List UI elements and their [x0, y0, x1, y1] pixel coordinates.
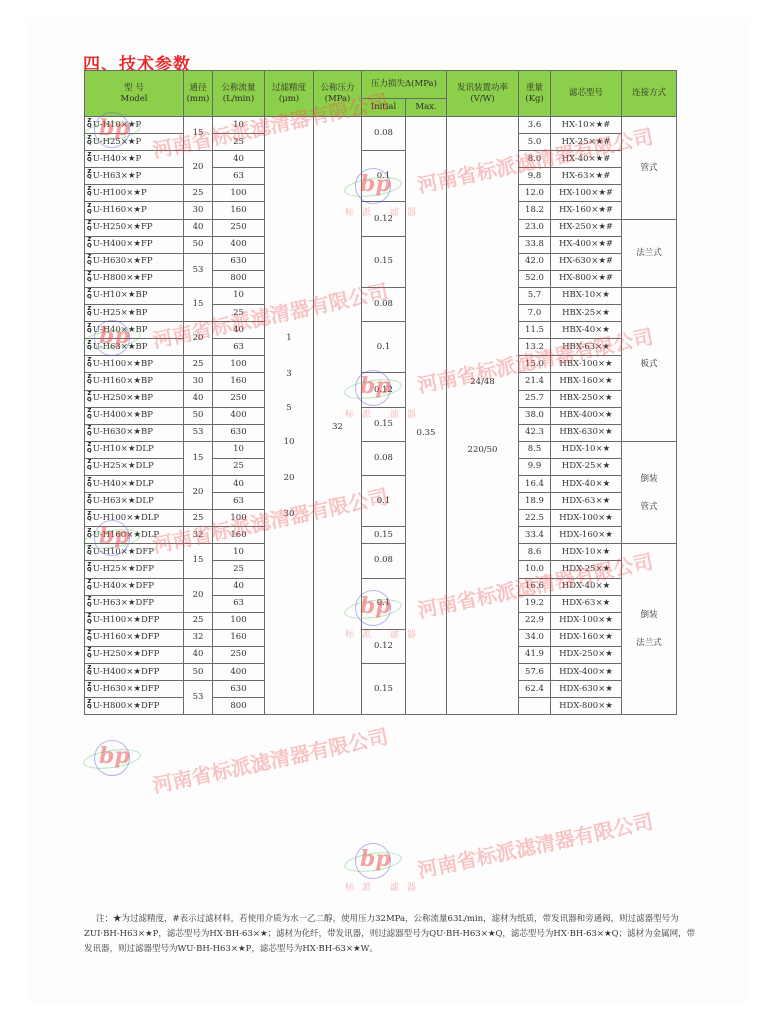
cell-flow: 160	[213, 202, 265, 219]
cell-element-model: HX-800×★#	[551, 270, 622, 287]
header-signal-power: 发讯装置功率(V/W)	[447, 71, 519, 117]
model-prefix: ZQ	[87, 443, 92, 454]
model-name: U-H100×★BP	[93, 359, 153, 369]
table-row: ZQU-H160×★DLP321600.1533.4HDX-160×★	[85, 527, 677, 544]
model-name: U-H400×★FP	[93, 239, 153, 249]
cell-weight: 9.9	[519, 458, 551, 475]
cell-weight: 41.9	[519, 646, 551, 663]
cell-element-model: HDX-25×★	[551, 458, 622, 475]
cell-connection: 倒装法兰式	[622, 544, 677, 715]
cell-diameter: 40	[184, 219, 213, 236]
model-name: U-H10×★DFP	[93, 547, 154, 557]
cell-model: ZQU-H10×★DFP	[85, 544, 184, 561]
precision-value: 3	[265, 368, 313, 381]
table-row: ZQU-H160×★P301600.1218.2HX-160×★#	[85, 202, 677, 219]
nominal-pressure-value: 32	[314, 421, 361, 434]
cell-flow: 25	[213, 561, 265, 578]
model-name: U-H630×★FP	[93, 256, 153, 266]
cell-model: ZQU-H160×★DFP	[85, 629, 184, 646]
header-max: Max.	[406, 99, 447, 117]
cell-model: ZQU-H100×★DFP	[85, 612, 184, 629]
cell-weight: 3.6	[519, 117, 551, 134]
cell-model: ZQU-H160×★BP	[85, 373, 184, 390]
model-prefix: ZQ	[87, 666, 92, 677]
cell-model: ZQU-H250×★BP	[85, 390, 184, 407]
model-name: U-H63×★DFP	[93, 598, 154, 608]
cell-weight: 62.4	[519, 681, 551, 698]
cell-diameter: 25	[184, 510, 213, 527]
cell-element-model: HDX-40×★	[551, 475, 622, 492]
cell-flow: 10	[213, 117, 265, 134]
cell-weight: 57.6	[519, 664, 551, 681]
cell-diameter: 15	[184, 287, 213, 321]
cell-model: ZQU-H25×★DFP	[85, 561, 184, 578]
model-name: U-H400×★DFP	[93, 667, 160, 677]
table-row: ZQU-H40×★P20400.18.0HX-40×★#	[85, 151, 677, 168]
table-row: ZQU-H40×★DFP20400.116.6HDX-40×★	[85, 578, 677, 595]
cell-element-model: HBX-100×★	[551, 356, 622, 373]
cell-model: ZQU-H25×★P	[85, 134, 184, 151]
cell-model: ZQU-H63×★P	[85, 168, 184, 185]
cell-element-model: HBX-25×★	[551, 305, 622, 322]
max-value: 0.35	[406, 427, 446, 440]
cell-flow: 63	[213, 595, 265, 612]
cell-weight: 38.0	[519, 407, 551, 424]
table-row: ZQU-H400×★FP504000.1533.8HX-400×★#	[85, 236, 677, 253]
table-row: ZQU-H160×★BP301600.1221.4HBX-160×★	[85, 373, 677, 390]
model-name: U-H25×★P	[93, 137, 142, 147]
cell-model: ZQU-H25×★BP	[85, 305, 184, 322]
cell-diameter: 15	[184, 117, 213, 151]
cell-element-model: HDX-10×★	[551, 544, 622, 561]
model-name: U-H10×★BP	[93, 290, 148, 300]
model-prefix: ZQ	[87, 614, 92, 625]
cell-weight: 16.6	[519, 578, 551, 595]
cell-flow: 800	[213, 698, 265, 715]
cell-element-model: HDX-400×★	[551, 664, 622, 681]
model-prefix: ZQ	[87, 648, 92, 659]
cell-weight: 22.9	[519, 612, 551, 629]
cell-element-model: HDX-160×★	[551, 629, 622, 646]
precision-value: 1	[265, 332, 313, 345]
model-prefix: ZQ	[87, 324, 92, 335]
table-row: ZQU-H400×★BP504000.1538.0HBX-400×★	[85, 407, 677, 424]
cell-flow: 250	[213, 219, 265, 236]
cell-diameter: 25	[184, 185, 213, 202]
cell-flow: 40	[213, 578, 265, 595]
cell-diameter: 53	[184, 681, 213, 715]
cell-diameter: 20	[184, 578, 213, 612]
model-prefix: ZQ	[87, 700, 92, 711]
cell-model: ZQU-H400×★FP	[85, 236, 184, 253]
signal-power-value: 220/50	[447, 444, 518, 457]
cell-weight	[519, 698, 551, 715]
cell-weight: 18.2	[519, 202, 551, 219]
cell-flow: 160	[213, 373, 265, 390]
cell-model: ZQU-H40×★BP	[85, 322, 184, 339]
cell-flow: 630	[213, 681, 265, 698]
cell-diameter: 20	[184, 475, 213, 509]
model-name: U-H10×★P	[93, 120, 142, 130]
cell-diameter: 53	[184, 253, 213, 287]
cell-element-model: HBX-10×★	[551, 287, 622, 304]
cell-initial: 0.15	[362, 527, 406, 544]
cell-element-model: HDX-800×★	[551, 698, 622, 715]
cell-flow: 63	[213, 493, 265, 510]
cell-weight: 8.6	[519, 544, 551, 561]
cell-element-model: HX-40×★#	[551, 151, 622, 168]
model-name: U-H160×★DFP	[93, 632, 160, 642]
model-name: U-H40×★P	[93, 154, 142, 164]
cell-model: ZQU-H630×★DFP	[85, 681, 184, 698]
precision-value: 10	[265, 436, 313, 449]
table-row: ZQU-H10×★BP15100.085.7HBX-10×★板式	[85, 287, 677, 304]
cell-weight: 15.0	[519, 356, 551, 373]
model-prefix: ZQ	[87, 255, 92, 266]
cell-element-model: HX-63×★#	[551, 168, 622, 185]
cell-element-model: HBX-630×★	[551, 424, 622, 441]
cell-flow: 160	[213, 527, 265, 544]
model-name: U-H160×★DLP	[93, 530, 159, 540]
table-row: ZQU-H160×★DFP321600.1234.0HDX-160×★	[85, 629, 677, 646]
cell-connection: 倒装管式	[622, 441, 677, 544]
cell-flow: 100	[213, 510, 265, 527]
connection-type: 板式	[622, 350, 676, 378]
cell-element-model: HX-250×★#	[551, 219, 622, 236]
cell-signal-power: 24/48220/50	[447, 117, 519, 715]
model-prefix: ZQ	[87, 221, 92, 232]
cell-element-model: HDX-63×★	[551, 595, 622, 612]
model-prefix: ZQ	[87, 358, 92, 369]
cell-weight: 7.0	[519, 305, 551, 322]
header-precision: 过滤精度(μm)	[265, 71, 314, 117]
cell-initial: 0.15	[362, 236, 406, 287]
cell-flow: 100	[213, 612, 265, 629]
cell-diameter: 25	[184, 612, 213, 629]
cell-model: ZQU-H100×★DLP	[85, 510, 184, 527]
cell-diameter: 32	[184, 527, 213, 544]
cell-element-model: HDX-100×★	[551, 612, 622, 629]
cell-diameter: 20	[184, 322, 213, 356]
cell-flow: 400	[213, 236, 265, 253]
cell-flow: 10	[213, 544, 265, 561]
cell-flow: 10	[213, 287, 265, 304]
cell-model: ZQU-H400×★DFP	[85, 664, 184, 681]
cell-weight: 42.0	[519, 253, 551, 270]
cell-flow: 25	[213, 134, 265, 151]
table-row: ZQU-H40×★DLP20400.116.4HDX-40×★	[85, 475, 677, 492]
cell-model: ZQU-H100×★P	[85, 185, 184, 202]
connection-type: 倒装	[622, 601, 676, 629]
model-prefix: ZQ	[87, 529, 92, 540]
model-name: U-H100×★DLP	[93, 513, 159, 523]
cell-model: ZQU-H400×★BP	[85, 407, 184, 424]
cell-element-model: HDX-63×★	[551, 493, 622, 510]
cell-model: ZQU-H63×★DLP	[85, 493, 184, 510]
model-name: U-H100×★DFP	[93, 615, 160, 625]
model-prefix: ZQ	[87, 119, 92, 130]
cell-flow: 400	[213, 407, 265, 424]
cell-model: ZQU-H63×★BP	[85, 339, 184, 356]
cell-max: 0.35	[406, 117, 447, 715]
cell-flow: 250	[213, 646, 265, 663]
cell-weight: 9.8	[519, 168, 551, 185]
cell-initial: 0.12	[362, 202, 406, 236]
cell-connection: 法兰式	[622, 219, 677, 287]
cell-model: ZQU-H800×★FP	[85, 270, 184, 287]
table-row: ZQU-H400×★DFP504000.1557.6HDX-400×★	[85, 664, 677, 681]
cell-initial: 0.08	[362, 441, 406, 475]
model-prefix: ZQ	[87, 153, 92, 164]
cell-weight: 34.0	[519, 629, 551, 646]
cell-element-model: HX-160×★#	[551, 202, 622, 219]
cell-weight: 25.7	[519, 390, 551, 407]
model-prefix: ZQ	[87, 512, 92, 523]
cell-element-model: HDX-160×★	[551, 527, 622, 544]
cell-weight: 11.5	[519, 322, 551, 339]
connection-type: 管式	[622, 154, 676, 182]
model-prefix: ZQ	[87, 341, 92, 352]
connection-type: 倒装	[622, 465, 676, 493]
model-name: U-H63×★BP	[93, 342, 148, 352]
cell-weight: 33.4	[519, 527, 551, 544]
cell-initial: 0.08	[362, 544, 406, 578]
cell-diameter: 30	[184, 202, 213, 219]
cell-connection: 管式	[622, 117, 677, 220]
cell-diameter: 15	[184, 544, 213, 578]
model-name: U-H250×★DFP	[93, 649, 160, 659]
precision-value: 20	[265, 472, 313, 485]
cell-flow: 630	[213, 253, 265, 270]
header-element-model: 滤芯型号	[551, 71, 622, 117]
cell-initial: 0.12	[362, 373, 406, 407]
cell-weight: 52.0	[519, 270, 551, 287]
cell-element-model: HBX-400×★	[551, 407, 622, 424]
cell-flow: 250	[213, 390, 265, 407]
model-prefix: ZQ	[87, 409, 92, 420]
cell-element-model: HBX-63×★	[551, 339, 622, 356]
model-prefix: ZQ	[87, 478, 92, 489]
model-name: U-H40×★DLP	[93, 479, 154, 489]
model-prefix: ZQ	[87, 460, 92, 471]
connection-type: 法兰式	[622, 629, 676, 657]
cell-nominal-pressure: 32	[314, 117, 362, 715]
table-row: ZQU-H10×★DLP15100.088.5HDX-10×★倒装管式	[85, 441, 677, 458]
model-prefix: ZQ	[87, 546, 92, 557]
cell-flow: 10	[213, 441, 265, 458]
cell-flow: 400	[213, 664, 265, 681]
cell-weight: 13.2	[519, 339, 551, 356]
cell-element-model: HX-100×★#	[551, 185, 622, 202]
cell-model: ZQU-H100×★BP	[85, 356, 184, 373]
cell-initial: 0.12	[362, 629, 406, 663]
header-pressure: 公称压力(MPa)	[314, 71, 362, 117]
cell-diameter: 50	[184, 407, 213, 424]
cell-element-model: HX-25×★#	[551, 134, 622, 151]
cell-element-model: HBX-250×★	[551, 390, 622, 407]
cell-flow: 40	[213, 322, 265, 339]
model-name: U-H160×★P	[93, 205, 147, 215]
cell-flow: 63	[213, 339, 265, 356]
model-name: U-H40×★DFP	[93, 581, 154, 591]
cell-precision: 135102030	[265, 117, 314, 715]
cell-initial: 0.08	[362, 117, 406, 151]
cell-flow: 25	[213, 458, 265, 475]
table-row: ZQU-H40×★BP20400.111.5HBX-40×★	[85, 322, 677, 339]
cell-flow: 40	[213, 151, 265, 168]
cell-element-model: HBX-40×★	[551, 322, 622, 339]
cell-element-model: HX-630×★#	[551, 253, 622, 270]
model-prefix: ZQ	[87, 170, 92, 181]
footnote: 注：★为过滤精度，#表示过滤材料，若使用介质为水一乙二醇，使用压力32MPa，公…	[84, 912, 696, 957]
cell-weight: 12.0	[519, 185, 551, 202]
header-pressure-loss: 压力损失Δ(MPa)	[362, 71, 447, 99]
cell-weight: 5.0	[519, 134, 551, 151]
cell-element-model: HX-400×★#	[551, 236, 622, 253]
model-prefix: ZQ	[87, 597, 92, 608]
header-weight: 重量(Kg)	[519, 71, 551, 117]
header-model: 型 号Model	[85, 71, 184, 117]
header-flow: 公称流量(L/min)	[213, 71, 265, 117]
cell-diameter: 40	[184, 646, 213, 663]
cell-element-model: HDX-10×★	[551, 441, 622, 458]
model-name: U-H63×★DLP	[93, 496, 154, 506]
cell-flow: 100	[213, 356, 265, 373]
model-prefix: ZQ	[87, 136, 92, 147]
cell-weight: 16.4	[519, 475, 551, 492]
cell-connection: 板式	[622, 287, 677, 441]
header-initial: Initial	[362, 99, 406, 117]
cell-weight: 5.7	[519, 287, 551, 304]
table-row: ZQU-H10×★P1510135102030320.080.3524/4822…	[85, 117, 677, 134]
model-prefix: ZQ	[87, 307, 92, 318]
model-name: U-H800×★DFP	[93, 701, 160, 711]
model-name: U-H100×★P	[93, 188, 147, 198]
cell-model: ZQU-H160×★P	[85, 202, 184, 219]
cell-element-model: HDX-100×★	[551, 510, 622, 527]
cell-flow: 40	[213, 475, 265, 492]
model-name: U-H250×★BP	[93, 393, 153, 403]
technical-parameters-table: 型 号Model 通径(mm) 公称流量(L/min) 过滤精度(μm) 公称压…	[84, 70, 677, 715]
cell-element-model: HDX-630×★	[551, 681, 622, 698]
cell-flow: 63	[213, 168, 265, 185]
cell-model: ZQU-H250×★FP	[85, 219, 184, 236]
cell-diameter: 40	[184, 390, 213, 407]
precision-value: 5	[265, 402, 313, 415]
model-prefix: ZQ	[87, 563, 92, 574]
cell-model: ZQU-H250×★DFP	[85, 646, 184, 663]
cell-flow: 100	[213, 185, 265, 202]
cell-model: ZQU-H630×★FP	[85, 253, 184, 270]
cell-diameter: 32	[184, 629, 213, 646]
cell-diameter: 53	[184, 424, 213, 441]
model-prefix: ZQ	[87, 187, 92, 198]
model-prefix: ZQ	[87, 289, 92, 300]
cell-initial: 0.15	[362, 407, 406, 441]
model-name: U-H630×★DFP	[93, 684, 160, 694]
cell-element-model: HX-10×★#	[551, 117, 622, 134]
connection-type: 管式	[622, 493, 676, 521]
cell-diameter: 30	[184, 373, 213, 390]
cell-weight: 22.5	[519, 510, 551, 527]
cell-weight: 33.8	[519, 236, 551, 253]
cell-weight: 10.0	[519, 561, 551, 578]
cell-model: ZQU-H800×★DFP	[85, 698, 184, 715]
cell-model: ZQU-H10×★P	[85, 117, 184, 134]
cell-model: ZQU-H25×★DLP	[85, 458, 184, 475]
model-name: U-H63×★P	[93, 171, 142, 181]
model-name: U-H25×★DFP	[93, 564, 154, 574]
cell-weight: 21.4	[519, 373, 551, 390]
cell-weight: 19.2	[519, 595, 551, 612]
model-name: U-H800×★FP	[93, 273, 153, 283]
cell-diameter: 50	[184, 664, 213, 681]
signal-power-value: 24/48	[447, 376, 518, 389]
cell-model: ZQU-H10×★DLP	[85, 441, 184, 458]
table-body: ZQU-H10×★P1510135102030320.080.3524/4822…	[85, 117, 677, 715]
model-prefix: ZQ	[87, 580, 92, 591]
cell-initial: 0.1	[362, 151, 406, 202]
cell-initial: 0.15	[362, 664, 406, 715]
cell-flow: 160	[213, 629, 265, 646]
cell-diameter: 25	[184, 356, 213, 373]
connection-type: 法兰式	[622, 239, 676, 267]
cell-model: ZQU-H10×★BP	[85, 287, 184, 304]
model-prefix: ZQ	[87, 631, 92, 642]
header-connection: 连接方式	[622, 71, 677, 117]
cell-initial: 0.08	[362, 287, 406, 321]
header-diameter: 通径(mm)	[184, 71, 213, 117]
model-name: U-H630×★BP	[93, 427, 153, 437]
cell-diameter: 20	[184, 151, 213, 185]
model-prefix: ZQ	[87, 392, 92, 403]
cell-model: ZQU-H40×★P	[85, 151, 184, 168]
cell-model: ZQU-H40×★DFP	[85, 578, 184, 595]
cell-weight: 8.5	[519, 441, 551, 458]
model-name: U-H400×★BP	[93, 410, 153, 420]
cell-weight: 8.0	[519, 151, 551, 168]
model-prefix: ZQ	[87, 375, 92, 386]
cell-diameter: 15	[184, 441, 213, 475]
precision-value: 30	[265, 508, 313, 521]
model-prefix: ZQ	[87, 495, 92, 506]
cell-element-model: HDX-40×★	[551, 578, 622, 595]
model-prefix: ZQ	[87, 238, 92, 249]
model-name: U-H10×★DLP	[93, 444, 154, 454]
cell-weight: 23.0	[519, 219, 551, 236]
model-prefix: ZQ	[87, 683, 92, 694]
table-row: ZQU-H10×★DFP15100.088.6HDX-10×★倒装法兰式	[85, 544, 677, 561]
model-prefix: ZQ	[87, 426, 92, 437]
model-name: U-H250×★FP	[93, 222, 153, 232]
cell-initial: 0.1	[362, 322, 406, 373]
model-name: U-H160×★BP	[93, 376, 153, 386]
cell-initial: 0.1	[362, 475, 406, 526]
model-prefix: ZQ	[87, 204, 92, 215]
cell-diameter: 50	[184, 236, 213, 253]
cell-element-model: HDX-250×★	[551, 646, 622, 663]
cell-element-model: HBX-160×★	[551, 373, 622, 390]
cell-element-model: HDX-25×★	[551, 561, 622, 578]
cell-model: ZQU-H160×★DLP	[85, 527, 184, 544]
cell-model: ZQU-H630×★BP	[85, 424, 184, 441]
cell-model: ZQU-H40×★DLP	[85, 475, 184, 492]
model-name: U-H25×★BP	[93, 308, 148, 318]
cell-weight: 18.9	[519, 493, 551, 510]
cell-initial: 0.1	[362, 578, 406, 629]
cell-weight: 42.3	[519, 424, 551, 441]
model-name: U-H40×★BP	[93, 325, 148, 335]
